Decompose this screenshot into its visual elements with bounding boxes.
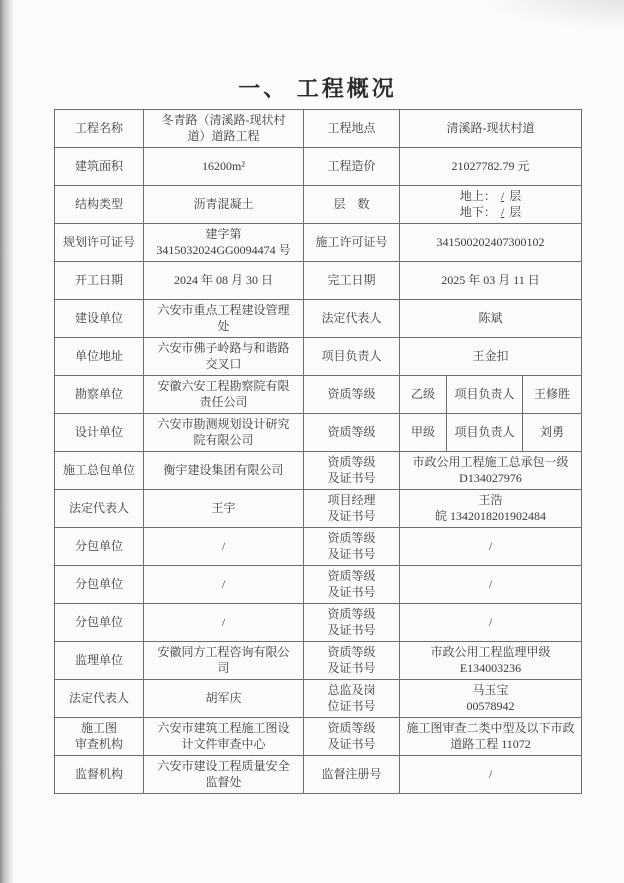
cell-value: 冬青路（清溪路-现状村道）道路工程 [144, 110, 304, 148]
cell-line: 交叉口 [147, 357, 300, 373]
cell-line: / [403, 615, 578, 631]
cell-line: 资质等级 [307, 721, 396, 737]
cell-line: 资质等级 [307, 569, 396, 585]
cell-line: 及证书号 [307, 623, 396, 639]
table-row: 结构类型沥青混凝土层 数地上：/层地下：/层 [55, 186, 582, 224]
table-row: 监理单位安徽同方工程咨询有限公司资质等级及证书号市政公用工程监理甲级E13400… [55, 642, 582, 680]
cell-line: 马玉宝 [403, 683, 578, 699]
page-title: 一、 工程概况 [54, 72, 581, 103]
cell-line: 施工图审查二类中型及以下市政 [403, 721, 578, 737]
cell-line: 分包单位 [58, 577, 140, 593]
cell-line: 市政公用工程施工总承包一级 [403, 455, 578, 471]
cell-line: 层 数 [307, 197, 396, 213]
cell-line: 道路工程 11072 [403, 737, 578, 753]
cell-line: 监理单位 [58, 653, 140, 669]
cell-line: 六安市建设工程质量安全 [147, 759, 300, 775]
cell-line: 分包单位 [58, 539, 140, 555]
cell-label: 建设单位 [55, 300, 144, 338]
cell-line: 及证书号 [307, 661, 396, 677]
cell-value: / [144, 528, 304, 566]
cell-line: / [147, 615, 300, 631]
cell-line: 工程名称 [58, 121, 140, 137]
cell-line: 及证书号 [307, 585, 396, 601]
table-row: 规划许可证号建字第3415032024GG0094474 号施工许可证号3415… [55, 224, 582, 262]
cell-label: 资质等级及证书号 [304, 604, 400, 642]
table-row: 监督机构六安市建设工程质量安全监督处监督注册号/ [55, 756, 582, 794]
cell-label: 项目经理及证书号 [304, 490, 400, 528]
cell-label: 勘察单位 [55, 376, 144, 414]
cell-line: / [147, 577, 300, 593]
cell-line: 分包单位 [58, 615, 140, 631]
cell-line: 工程造价 [307, 159, 396, 175]
cell-line: 资质等级 [307, 387, 396, 403]
cell-line: 市政公用工程监理甲级 [403, 645, 578, 661]
cell-label: 资质等级及证书号 [304, 452, 400, 490]
table-row: 分包单位/资质等级及证书号/ [55, 604, 582, 642]
cell-line: 沥青混凝土 [147, 197, 300, 213]
cell-value: 市政公用工程监理甲级E134003236 [400, 642, 582, 680]
table-row: 分包单位/资质等级及证书号/ [55, 566, 582, 604]
cell-value: 六安市勘测规划设计研究院有限公司 [144, 414, 304, 452]
cell-label: 施工许可证号 [304, 224, 400, 262]
cell-label: 法定代表人 [304, 300, 400, 338]
cell-label: 资质等级及证书号 [304, 528, 400, 566]
cell-line: 建字第 [147, 227, 300, 243]
cell-label: 分包单位 [55, 566, 144, 604]
cell-label: 项目负责人 [304, 338, 400, 376]
cell-value: 沥青混凝土 [144, 186, 304, 224]
cell-value: 2024 年 08 月 30 日 [144, 262, 304, 300]
cell-line: 资质等级 [307, 425, 396, 441]
project-overview-table: 工程名称冬青路（清溪路-现状村道）道路工程工程地点清溪路-现状村道建筑面积162… [54, 109, 582, 794]
cell-value: 六安市重点工程建设管理处 [144, 300, 304, 338]
cell-line: 工程地点 [307, 121, 396, 137]
cell-line: 安徽六安工程勘察院有限 [147, 379, 300, 395]
cell-label: 完工日期 [304, 262, 400, 300]
cell-label: 资质等级 [304, 414, 400, 452]
scan-edge-left [0, 0, 14, 883]
table-row: 施工总包单位衡宇建设集团有限公司资质等级及证书号市政公用工程施工总承包一级D13… [55, 452, 582, 490]
cell-label: 法定代表人 [55, 680, 144, 718]
table-row: 开工日期2024 年 08 月 30 日完工日期2025 年 03 月 11 日 [55, 262, 582, 300]
cell-line: 法定代表人 [58, 691, 140, 707]
cell-line: 单位地址 [58, 349, 140, 365]
underlined-slash: / [496, 189, 509, 203]
cell-value: 市政公用工程施工总承包一级D134027976 [400, 452, 582, 490]
cell-line: 法定代表人 [307, 311, 396, 327]
cell-label: 结构类型 [55, 186, 144, 224]
cell-line: 刘勇 [526, 425, 578, 441]
cell-value: 王金扣 [400, 338, 582, 376]
cell-line: 341500202407300102 [403, 235, 578, 251]
table-row: 勘察单位安徽六安工程勘察院有限责任公司资质等级乙级项目负责人王修胜 [55, 376, 582, 414]
cell-line: 00578942 [403, 699, 578, 715]
cell-label: 监督机构 [55, 756, 144, 794]
cell-value: 地上：/层地下：/层 [400, 186, 582, 224]
cell-value: 马玉宝00578942 [400, 680, 582, 718]
cell-line: 地下：/层 [403, 205, 578, 221]
cell-value: 王修胜 [523, 376, 582, 414]
cell-value: / [400, 604, 582, 642]
cell-value: / [400, 566, 582, 604]
cell-line: 建设单位 [58, 311, 140, 327]
cell-line: 监督处 [147, 775, 300, 791]
cell-value: 王浩皖 1342018201902484 [400, 490, 582, 528]
cell-label: 分包单位 [55, 604, 144, 642]
cell-line: 六安市重点工程建设管理 [147, 303, 300, 319]
cell-label: 施工图审查机构 [55, 718, 144, 756]
cell-line: 3415032024GG0094474 号 [147, 243, 300, 259]
cell-line: / [147, 539, 300, 555]
cell-label: 资质等级 [304, 376, 400, 414]
cell-label: 开工日期 [55, 262, 144, 300]
cell-line: 王金扣 [403, 349, 578, 365]
table-row: 单位地址六安市佛子岭路与和谐路交叉口项目负责人王金扣 [55, 338, 582, 376]
cell-label: 施工总包单位 [55, 452, 144, 490]
table-row: 建设单位六安市重点工程建设管理处法定代表人陈斌 [55, 300, 582, 338]
cell-line: 六安市勘测规划设计研究 [147, 417, 300, 433]
cell-value: 16200m² [144, 148, 304, 186]
cell-value: 2025 年 03 月 11 日 [400, 262, 582, 300]
cell-value: 甲级 [400, 414, 447, 452]
table-row: 施工图审查机构六安市建筑工程施工图设计文件审查中心资质等级及证书号施工图审查二类… [55, 718, 582, 756]
cell-line: 资质等级 [307, 455, 396, 471]
cell-line: D134027976 [403, 471, 578, 487]
cell-line: 计文件审查中心 [147, 737, 300, 753]
cell-value: 刘勇 [523, 414, 582, 452]
cell-label: 层 数 [304, 186, 400, 224]
cell-line: 21027782.79 元 [403, 159, 578, 175]
cell-line: / [403, 767, 578, 783]
cell-line: 六安市佛子岭路与和谐路 [147, 341, 300, 357]
cell-line: 项目负责人 [450, 387, 519, 403]
cell-line: 责任公司 [147, 395, 300, 411]
cell-line: 位证书号 [307, 699, 396, 715]
cell-label: 规划许可证号 [55, 224, 144, 262]
cell-line: E134003236 [403, 661, 578, 677]
cell-line: 2024 年 08 月 30 日 [147, 273, 300, 289]
cell-label: 项目负责人 [447, 414, 523, 452]
cell-label: 资质等级及证书号 [304, 566, 400, 604]
cell-label: 建筑面积 [55, 148, 144, 186]
cell-label: 法定代表人 [55, 490, 144, 528]
cell-line: 地上：/层 [403, 189, 578, 205]
cell-line: 16200m² [147, 159, 300, 175]
cell-value: 341500202407300102 [400, 224, 582, 262]
cell-line: 处 [147, 319, 300, 335]
cell-line: 六安市建筑工程施工图设 [147, 721, 300, 737]
cell-line: 甲级 [403, 425, 443, 441]
cell-value: 王宇 [144, 490, 304, 528]
cell-label: 资质等级及证书号 [304, 642, 400, 680]
cell-line: / [403, 577, 578, 593]
cell-line: 项目负责人 [450, 425, 519, 441]
cell-line: 王修胜 [526, 387, 578, 403]
scan-shade-topright [484, 0, 624, 30]
cell-line: 清溪路-现状村道 [403, 121, 578, 137]
cell-line: 院有限公司 [147, 433, 300, 449]
cell-label: 单位地址 [55, 338, 144, 376]
cell-value: 乙级 [400, 376, 447, 414]
cell-line: 项目经理 [307, 493, 396, 509]
cell-line: 司 [147, 661, 300, 677]
cell-line: / [403, 539, 578, 555]
cell-label: 监督注册号 [304, 756, 400, 794]
table-row: 工程名称冬青路（清溪路-现状村道）道路工程工程地点清溪路-现状村道 [55, 110, 582, 148]
cell-line: 监督注册号 [307, 767, 396, 783]
cell-line: 审查机构 [58, 737, 140, 753]
cell-line: 及证书号 [307, 547, 396, 563]
cell-line: 陈斌 [403, 311, 578, 327]
cell-value: 胡军庆 [144, 680, 304, 718]
cell-line: 王浩 [403, 493, 578, 509]
cell-line: 2025 年 03 月 11 日 [403, 273, 578, 289]
cell-value: 建字第3415032024GG0094474 号 [144, 224, 304, 262]
cell-line: 设计单位 [58, 425, 140, 441]
cell-line: 王宇 [147, 501, 300, 517]
table-row: 设计单位六安市勘测规划设计研究院有限公司资质等级甲级项目负责人刘勇 [55, 414, 582, 452]
cell-line: 勘察单位 [58, 387, 140, 403]
cell-value: 安徽同方工程咨询有限公司 [144, 642, 304, 680]
cell-line: 施工图 [58, 721, 140, 737]
cell-value: 六安市佛子岭路与和谐路交叉口 [144, 338, 304, 376]
cell-line: 及证书号 [307, 471, 396, 487]
cell-value: 清溪路-现状村道 [400, 110, 582, 148]
cell-value: / [144, 604, 304, 642]
cell-line: 衡宇建设集团有限公司 [147, 463, 300, 479]
cell-value: 施工图审查二类中型及以下市政道路工程 11072 [400, 718, 582, 756]
cell-value: 安徽六安工程勘察院有限责任公司 [144, 376, 304, 414]
cell-line: 施工许可证号 [307, 235, 396, 251]
cell-value: / [400, 756, 582, 794]
cell-line: 规划许可证号 [58, 235, 140, 251]
cell-line: 结构类型 [58, 197, 140, 213]
cell-line: 资质等级 [307, 645, 396, 661]
cell-line: 法定代表人 [58, 501, 140, 517]
cell-line: 胡军庆 [147, 691, 300, 707]
table-row: 法定代表人王宇项目经理及证书号王浩皖 1342018201902484 [55, 490, 582, 528]
cell-line: 建筑面积 [58, 159, 140, 175]
cell-line: 及证书号 [307, 737, 396, 753]
cell-label: 项目负责人 [447, 376, 523, 414]
cell-value: 衡宇建设集团有限公司 [144, 452, 304, 490]
cell-label: 工程地点 [304, 110, 400, 148]
cell-line: 开工日期 [58, 273, 140, 289]
cell-value: 六安市建筑工程施工图设计文件审查中心 [144, 718, 304, 756]
cell-label: 分包单位 [55, 528, 144, 566]
table-row: 建筑面积16200m²工程造价21027782.79 元 [55, 148, 582, 186]
table-row: 法定代表人胡军庆总监及岗位证书号马玉宝00578942 [55, 680, 582, 718]
cell-line: 监督机构 [58, 767, 140, 783]
cell-value: / [144, 566, 304, 604]
underlined-slash: / [496, 205, 509, 219]
table-row: 分包单位/资质等级及证书号/ [55, 528, 582, 566]
cell-line: 项目负责人 [307, 349, 396, 365]
cell-line: 资质等级 [307, 531, 396, 547]
cell-line: 道）道路工程 [147, 129, 300, 145]
cell-label: 监理单位 [55, 642, 144, 680]
cell-label: 设计单位 [55, 414, 144, 452]
cell-line: 资质等级 [307, 607, 396, 623]
cell-label: 资质等级及证书号 [304, 718, 400, 756]
cell-line: 安徽同方工程咨询有限公 [147, 645, 300, 661]
cell-line: 完工日期 [307, 273, 396, 289]
cell-line: 冬青路（清溪路-现状村 [147, 113, 300, 129]
cell-label: 总监及岗位证书号 [304, 680, 400, 718]
cell-line: 皖 1342018201902484 [403, 509, 578, 525]
cell-value: 六安市建设工程质量安全监督处 [144, 756, 304, 794]
cell-value: / [400, 528, 582, 566]
cell-line: 乙级 [403, 387, 443, 403]
cell-line: 及证书号 [307, 509, 396, 525]
cell-label: 工程造价 [304, 148, 400, 186]
cell-value: 21027782.79 元 [400, 148, 582, 186]
cell-value: 陈斌 [400, 300, 582, 338]
cell-line: 总监及岗 [307, 683, 396, 699]
cell-label: 工程名称 [55, 110, 144, 148]
table-body: 工程名称冬青路（清溪路-现状村道）道路工程工程地点清溪路-现状村道建筑面积162… [55, 110, 582, 794]
cell-line: 施工总包单位 [58, 463, 140, 479]
